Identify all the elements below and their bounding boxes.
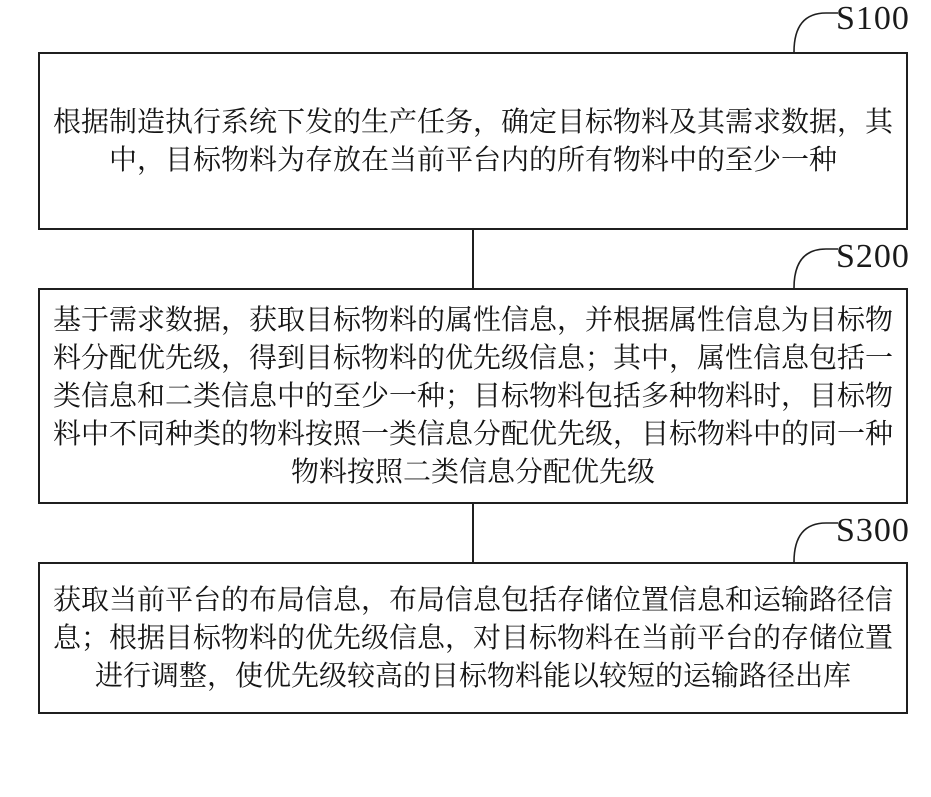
step-label-s100: S100 — [836, 0, 926, 38]
flow-box-s300: 获取当前平台的布局信息，布局信息包括存储位置信息和运输路径信息；根据目标物料的优… — [38, 562, 908, 714]
step-label-s300: S300 — [836, 512, 926, 550]
leader-curve-s100 — [778, 6, 840, 54]
flowchart-figure: S100 根据制造执行系统下发的生产任务，确定目标物料及其需求数据，其中，目标物… — [0, 0, 931, 797]
flow-box-s200: 基于需求数据，获取目标物料的属性信息，并根据属性信息为目标物料分配优先级，得到目… — [38, 288, 908, 504]
flow-box-s100: 根据制造执行系统下发的生产任务，确定目标物料及其需求数据，其中，目标物料为存放在… — [38, 52, 908, 230]
leader-curve-s300 — [778, 516, 840, 564]
flow-box-s300-text: 获取当前平台的布局信息，布局信息包括存储位置信息和运输路径信息；根据目标物料的优… — [53, 581, 893, 695]
connector-s100-s200 — [472, 230, 474, 288]
flow-box-s200-text: 基于需求数据，获取目标物料的属性信息，并根据属性信息为目标物料分配优先级，得到目… — [53, 301, 893, 491]
flow-box-s100-text: 根据制造执行系统下发的生产任务，确定目标物料及其需求数据，其中，目标物料为存放在… — [53, 103, 893, 179]
connector-s200-s300 — [472, 504, 474, 562]
step-label-s200: S200 — [836, 238, 926, 276]
leader-curve-s200 — [778, 242, 840, 290]
